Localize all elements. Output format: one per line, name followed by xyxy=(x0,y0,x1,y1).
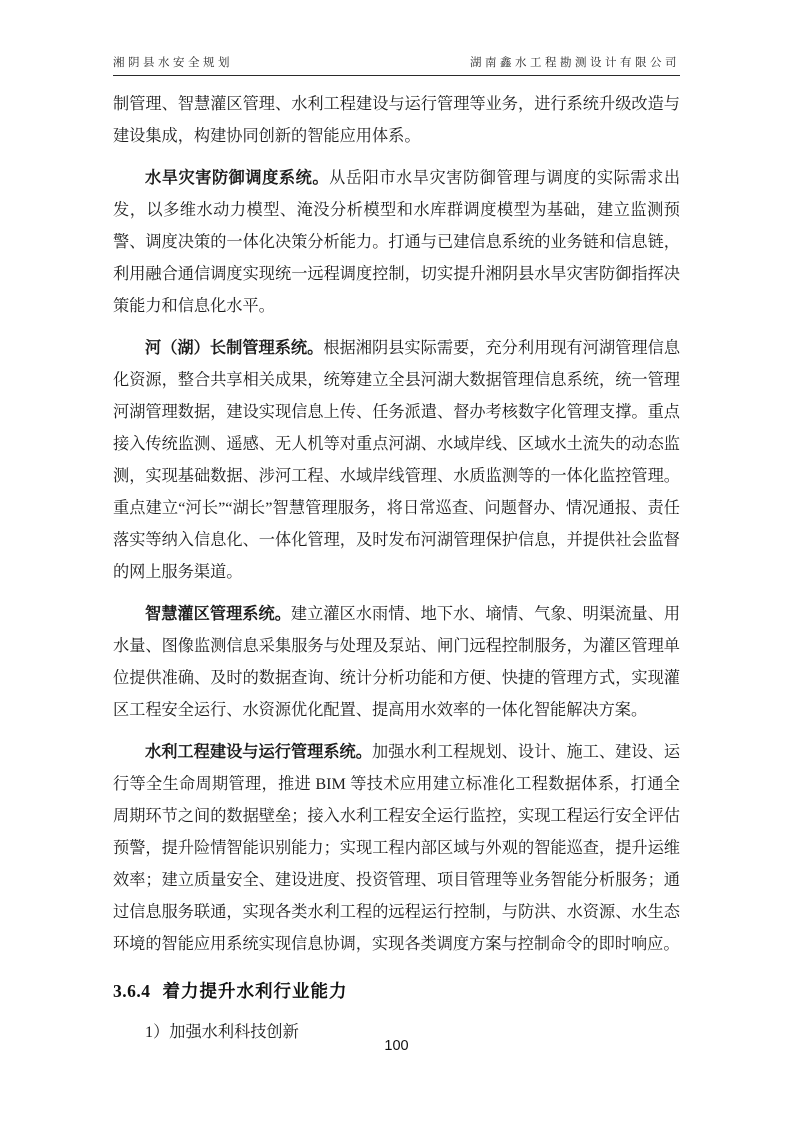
header-company-name: 湖南鑫水工程勘测设计有限公司 xyxy=(470,54,680,70)
paragraph-continuation: 制管理、智慧灌区管理、水利工程建设与运行管理等业务，进行系统升级改造与建设集成，… xyxy=(113,88,680,152)
section-title: 着力提升水利行业能力 xyxy=(163,981,348,1001)
section-heading-3-6-4: 3.6.4着力提升水利行业能力 xyxy=(113,978,680,1004)
paragraph-flood-drought-system: 水旱灾害防御调度系统。从岳阳市水旱灾害防御管理与调度的实际需求出发，以多维水动力… xyxy=(113,162,680,322)
paragraph-lead: 水旱灾害防御调度系统。 xyxy=(145,169,329,187)
paragraph-lead: 水利工程建设与运行管理系统。 xyxy=(145,743,372,761)
document-page: 湘阴县水安全规划 湖南鑫水工程勘测设计有限公司 制管理、智慧灌区管理、水利工程建… xyxy=(0,0,793,1122)
paragraph-text: 制管理、智慧灌区管理、水利工程建设与运行管理等业务，进行系统升级改造与建设集成，… xyxy=(113,95,680,145)
paragraph-lead: 智慧灌区管理系统。 xyxy=(145,605,291,623)
paragraph-text: 加强水利工程规划、设计、施工、建设、运行等全生命周期管理，推进 BIM 等技术应… xyxy=(113,743,680,953)
header-plan-title: 湘阴县水安全规划 xyxy=(113,54,233,70)
paragraph-text: 从岳阳市水旱灾害防御管理与调度的实际需求出发，以多维水动力模型、淹没分析模型和水… xyxy=(113,169,680,315)
document-body: 制管理、智慧灌区管理、水利工程建设与运行管理等业务，进行系统升级改造与建设集成，… xyxy=(113,88,680,1048)
paragraph-construction-operation-system: 水利工程建设与运行管理系统。加强水利工程规划、设计、施工、建设、运行等全生命周期… xyxy=(113,736,680,960)
paragraph-smart-irrigation-system: 智慧灌区管理系统。建立灌区水雨情、地下水、墒情、气象、明渠流量、用水量、图像监测… xyxy=(113,598,680,726)
page-number: 100 xyxy=(384,1038,408,1054)
section-number: 3.6.4 xyxy=(113,981,151,1001)
page-footer: 100 xyxy=(0,1038,793,1054)
paragraph-lead: 河（湖）长制管理系统。 xyxy=(145,339,323,357)
page-header: 湘阴县水安全规划 湖南鑫水工程勘测设计有限公司 xyxy=(113,54,680,76)
paragraph-river-lake-chief-system: 河（湖）长制管理系统。根据湘阴县实际需要，充分利用现有河湖管理信息化资源，整合共… xyxy=(113,332,680,588)
paragraph-text: 根据湘阴县实际需要，充分利用现有河湖管理信息化资源，整合共享相关成果，统筹建立全… xyxy=(113,339,680,581)
